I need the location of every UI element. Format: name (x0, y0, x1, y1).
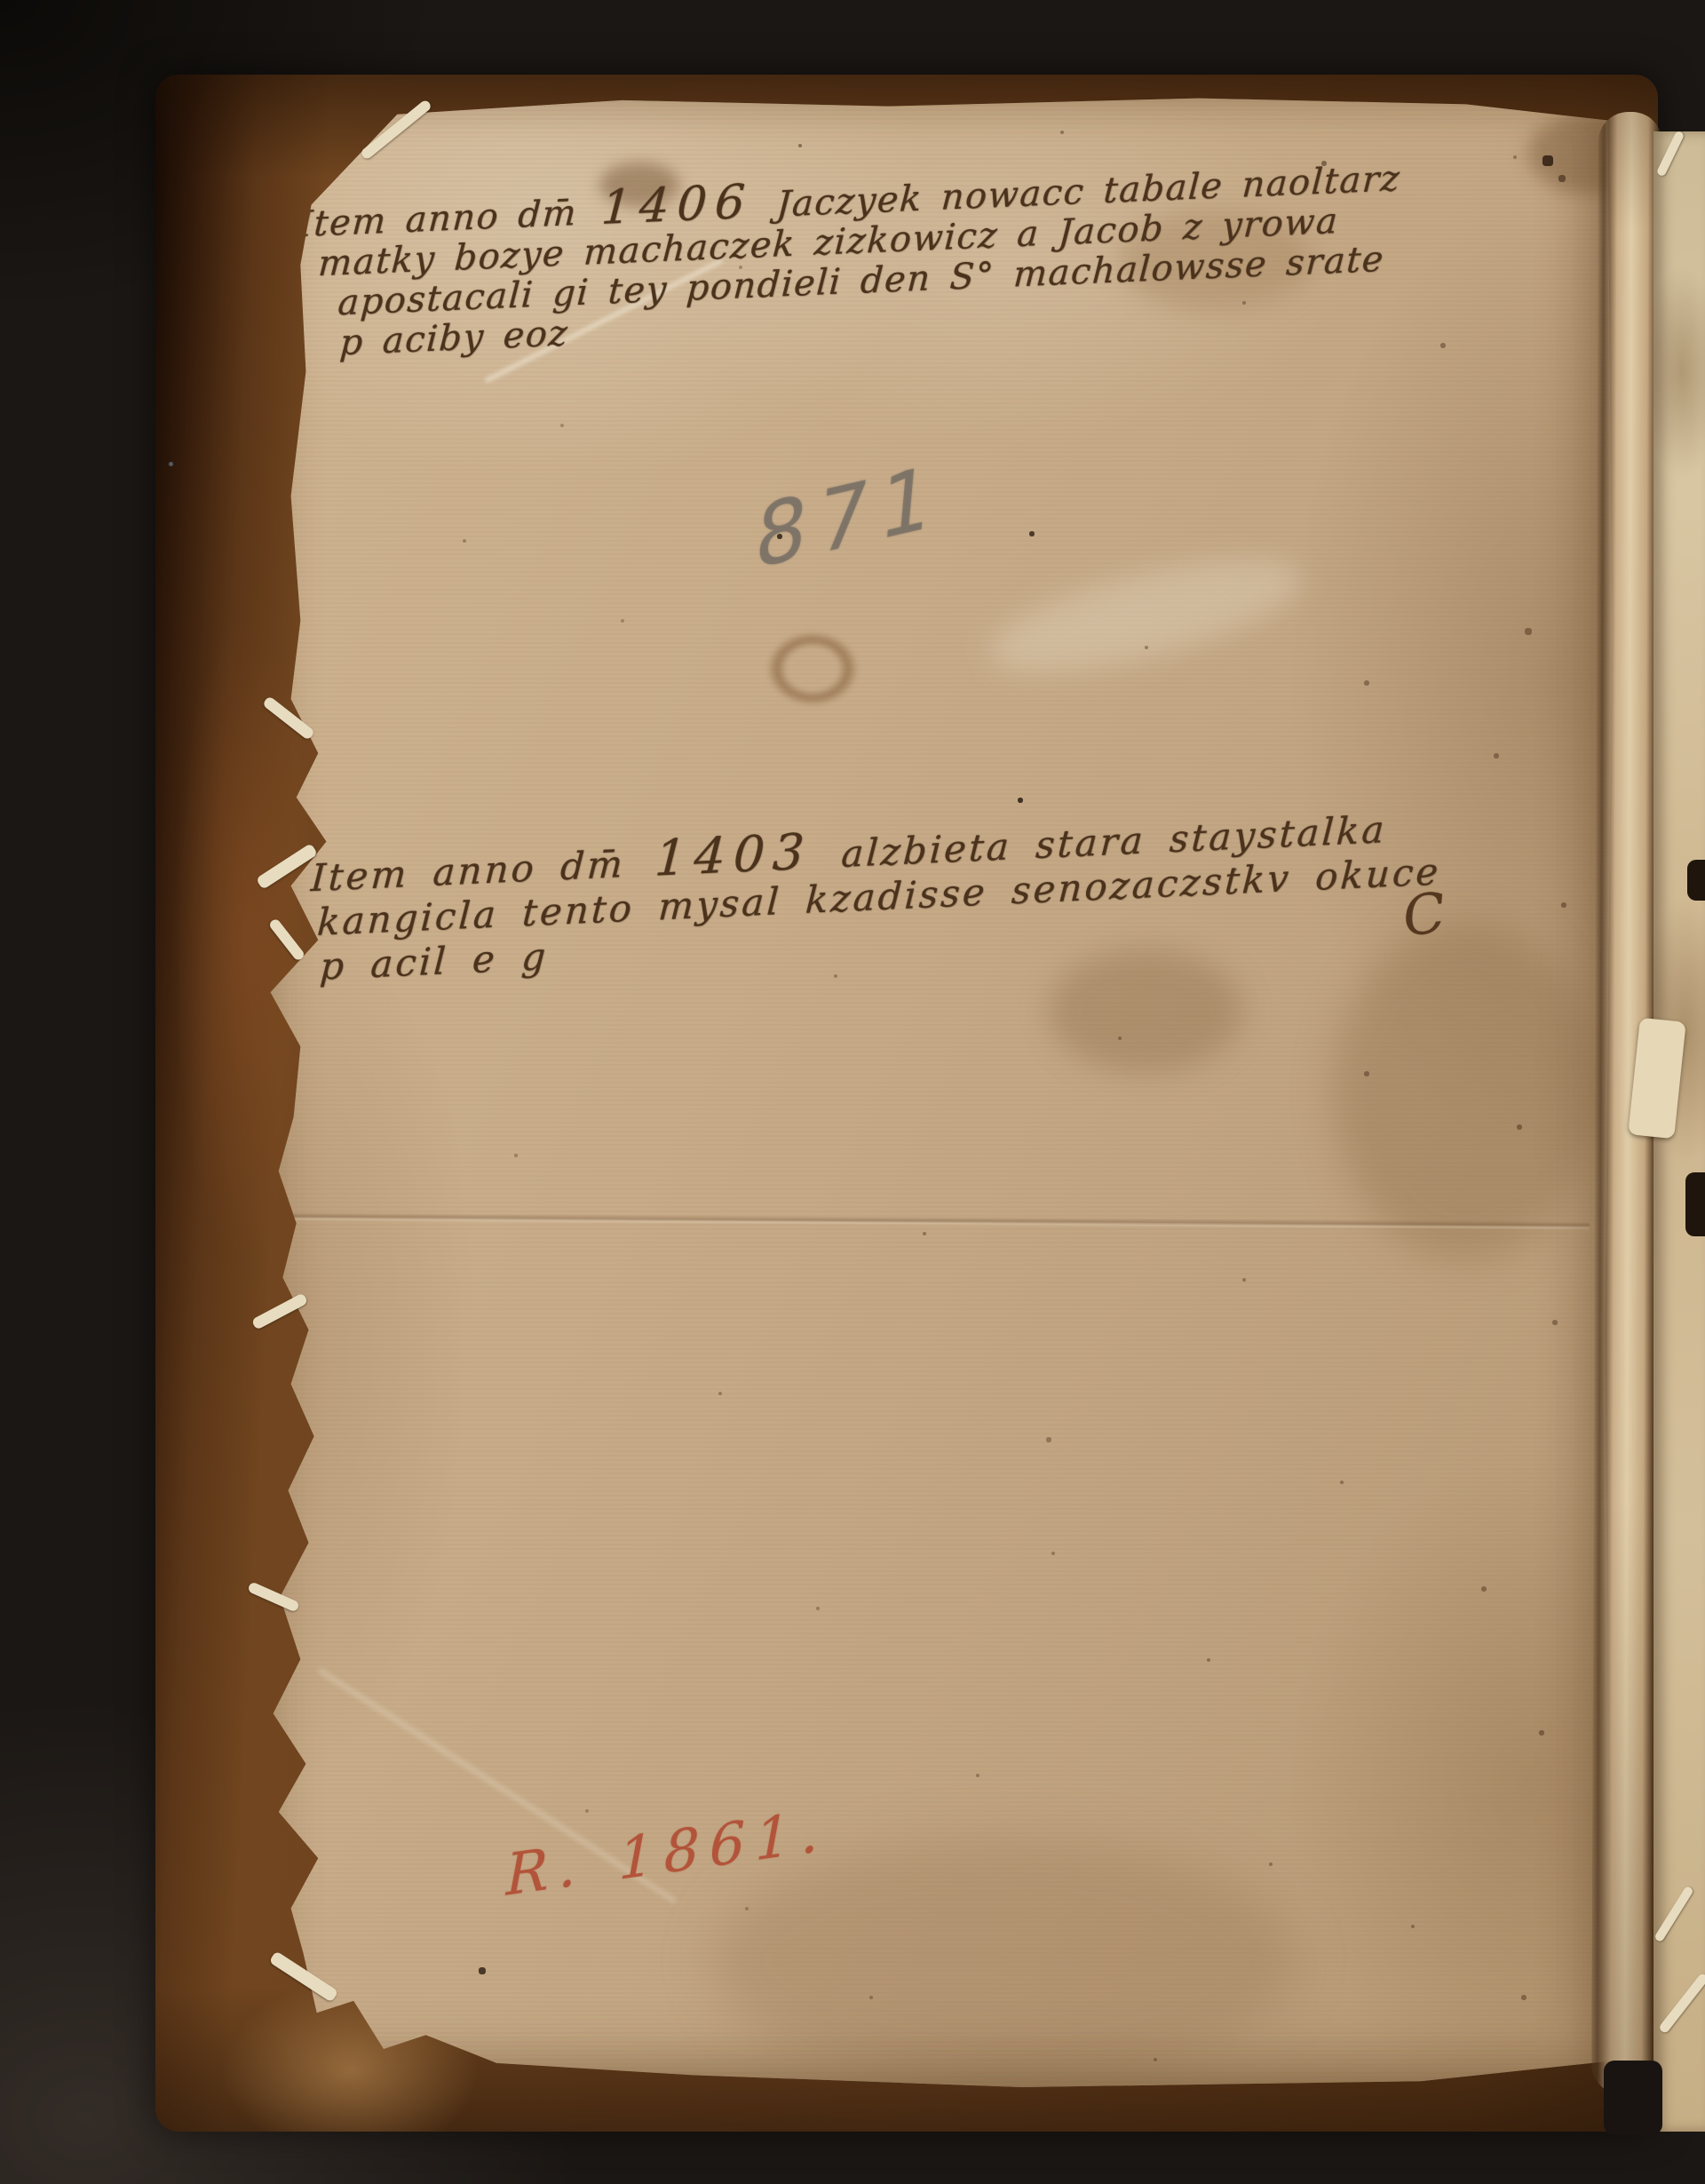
stain (1048, 949, 1243, 1073)
dust-speck (169, 462, 173, 466)
inscription-1406: Item anno dm̄ 1406 Jaczyek nowacc tabale… (289, 155, 1401, 366)
ring-stain (764, 629, 861, 709)
edge-notch (1685, 1172, 1705, 1236)
inscription-1403: Item anno dm̄ 1403 alzbieta stara stayst… (305, 801, 1445, 989)
red-accession-number: R. 1861. (506, 1798, 829, 1910)
scan-background: Item anno dm̄ 1406 Jaczyek nowacc tabale… (0, 0, 1705, 2184)
edge-notch (1687, 860, 1705, 901)
horizontal-fold-crease (275, 1212, 1590, 1230)
marginal-letter-mark: C (1400, 880, 1448, 949)
stain (710, 1837, 1297, 2085)
stain (1332, 922, 1598, 1259)
parchment-pastedown-page: Item anno dm̄ 1406 Jaczyek nowacc tabale… (249, 78, 1612, 2087)
pencil-folio-number: 871 (751, 445, 947, 590)
light-streak (980, 538, 1310, 693)
bottom-right-shadow (1604, 2061, 1662, 2135)
